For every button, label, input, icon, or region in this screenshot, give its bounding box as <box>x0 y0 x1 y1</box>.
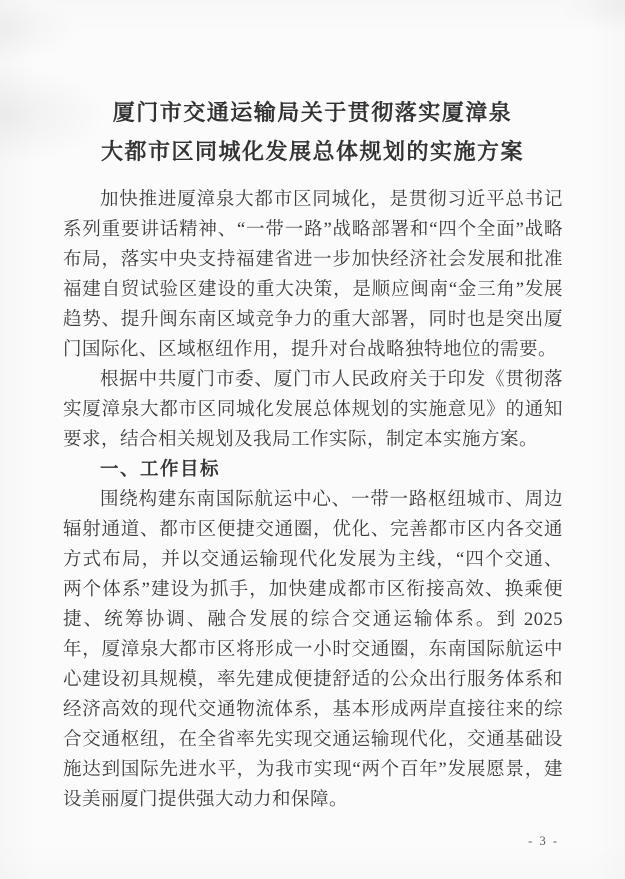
paragraph-intro: 加快推进厦漳泉大都市区同城化，是贯彻习近平总书记系列重要讲话精神、“一带一路”战… <box>63 185 563 365</box>
page-number: - 3 - <box>528 834 559 849</box>
paragraph-goals: 围绕构建东南国际航运中心、一带一路枢纽城市、周边辐射通道、都市区便捷交通圈，优化… <box>63 485 563 815</box>
document-body: 加快推进厦漳泉大都市区同城化，是贯彻习近平总书记系列重要讲话精神、“一带一路”战… <box>63 185 563 815</box>
title-line-2: 大都市区同城化发展总体规划的实施方案 <box>70 132 555 171</box>
document-title: 厦门市交通运输局关于贯彻落实厦漳泉 大都市区同城化发展总体规划的实施方案 <box>70 93 555 171</box>
document-page: 厦门市交通运输局关于贯彻落实厦漳泉 大都市区同城化发展总体规划的实施方案 加快推… <box>0 0 625 879</box>
title-line-1: 厦门市交通运输局关于贯彻落实厦漳泉 <box>70 93 555 132</box>
section-heading-work-goals: 一、工作目标 <box>63 455 563 485</box>
paragraph-basis: 根据中共厦门市委、厦门市人民政府关于印发《贯彻落实厦漳泉大都市区同城化发展总体规… <box>63 365 563 455</box>
